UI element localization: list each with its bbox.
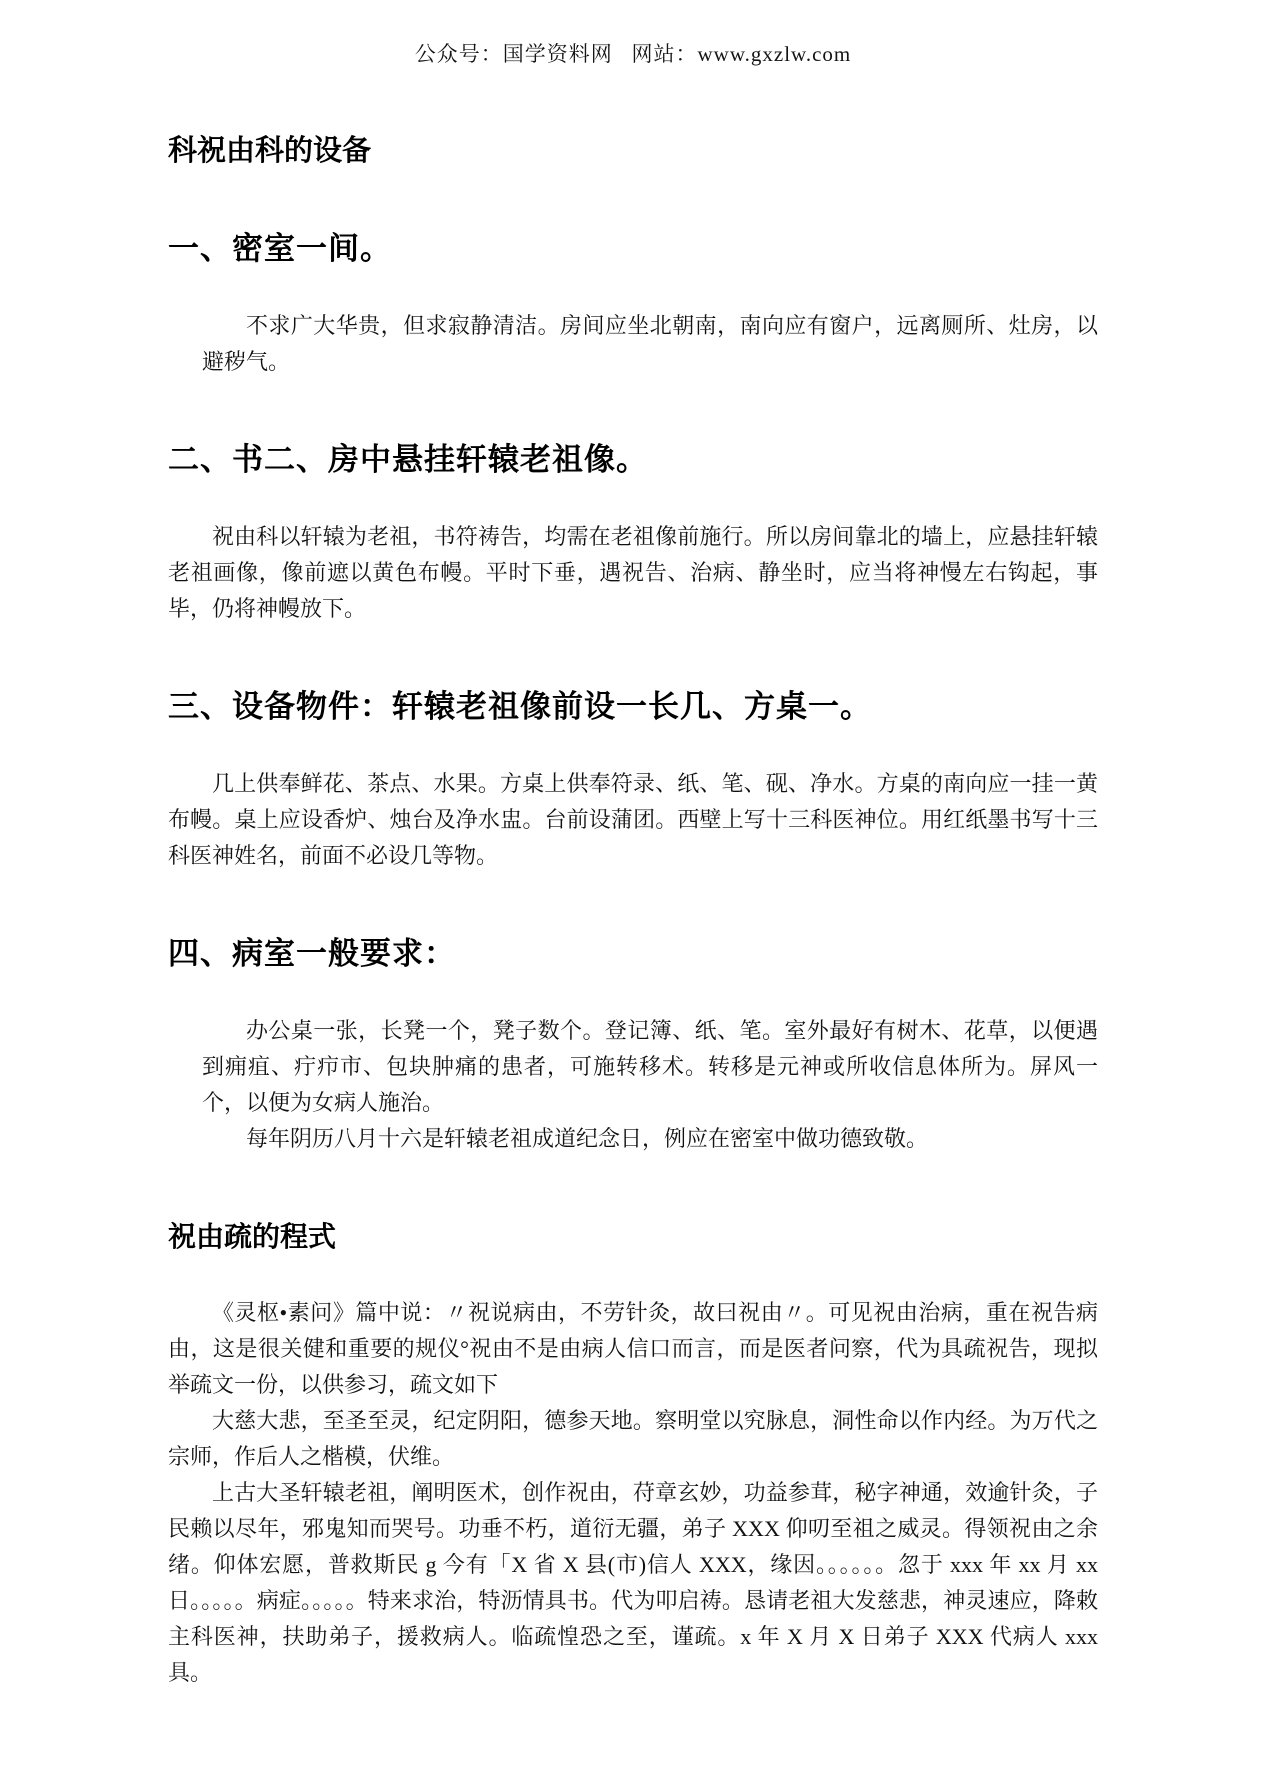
section-2-body: 祝由科以轩辕为老祖，书符祷告，均需在老祖像前施行。所以房间靠北的墙上，应悬挂轩辕… <box>168 519 1098 627</box>
document-page: 公众号：国学资料网 网站：www.gxzlw.com 科祝由科的设备 一、密室一… <box>0 0 1266 1790</box>
section-5-body: 《灵枢•素问》篇中说：〃祝说病由，不劳针灸，故曰祝由〃。可见祝由治病，重在祝告病… <box>168 1295 1098 1691</box>
document-title: 科祝由科的设备 <box>168 128 1098 169</box>
section-3-body: 几上供奉鲜花、茶点、水果。方桌上供奉符录、纸、笔、砚、净水。方桌的南向应一挂一黄… <box>168 766 1098 874</box>
section-1-paragraph-1: 不求广大华贵，但求寂静清洁。房间应坐北朝南，南向应有窗户，远离厕所、灶房，以避秽… <box>202 308 1098 380</box>
section-5-paragraph-3: 上古大圣轩辕老祖，阐明医术，创作祝由，苻章玄妙，功益参茸，秘字神通，效逾针灸，子… <box>168 1475 1098 1691</box>
section-1-body: 不求广大华贵，但求寂静清洁。房间应坐北朝南，南向应有窗户，远离厕所、灶房，以避秽… <box>202 308 1098 380</box>
section-4-paragraph-1: 办公桌一张，长凳一个，凳子数个。登记簿、纸、笔。室外最好有树木、花草，以便遇到痈… <box>202 1013 1098 1121</box>
section-4-heading: 四、病室一般要求： <box>168 928 1098 973</box>
section-5-heading: 祝由疏的程式 <box>168 1215 1098 1255</box>
section-5-paragraph-1: 《灵枢•素问》篇中说：〃祝说病由，不劳针灸，故曰祝由〃。可见祝由治病，重在祝告病… <box>168 1295 1098 1403</box>
section-2-paragraph-1: 祝由科以轩辕为老祖，书符祷告，均需在老祖像前施行。所以房间靠北的墙上，应悬挂轩辕… <box>168 519 1098 627</box>
section-5-paragraph-2: 大慈大悲，至圣至灵，纪定阴阳，德参天地。察明堂以究脉息，洞性命以作内经。为万代之… <box>168 1403 1098 1475</box>
section-1-heading: 一、密室一间。 <box>168 223 1098 268</box>
section-3-heading: 三、设备物件：轩辕老祖像前设一长几、方桌一。 <box>168 681 1098 726</box>
section-3-paragraph-1: 几上供奉鲜花、茶点、水果。方桌上供奉符录、纸、笔、砚、净水。方桌的南向应一挂一黄… <box>168 766 1098 874</box>
section-4-paragraph-2: 每年阴历八月十六是轩辕老祖成道纪念日，例应在密室中做功德致敬。 <box>202 1121 1098 1157</box>
site-watermark-header: 公众号：国学资料网 网站：www.gxzlw.com <box>168 0 1098 68</box>
section-4-body: 办公桌一张，长凳一个，凳子数个。登记簿、纸、笔。室外最好有树木、花草，以便遇到痈… <box>202 1013 1098 1157</box>
section-2-heading: 二、书二、房中悬挂轩辕老祖像。 <box>168 434 1098 479</box>
